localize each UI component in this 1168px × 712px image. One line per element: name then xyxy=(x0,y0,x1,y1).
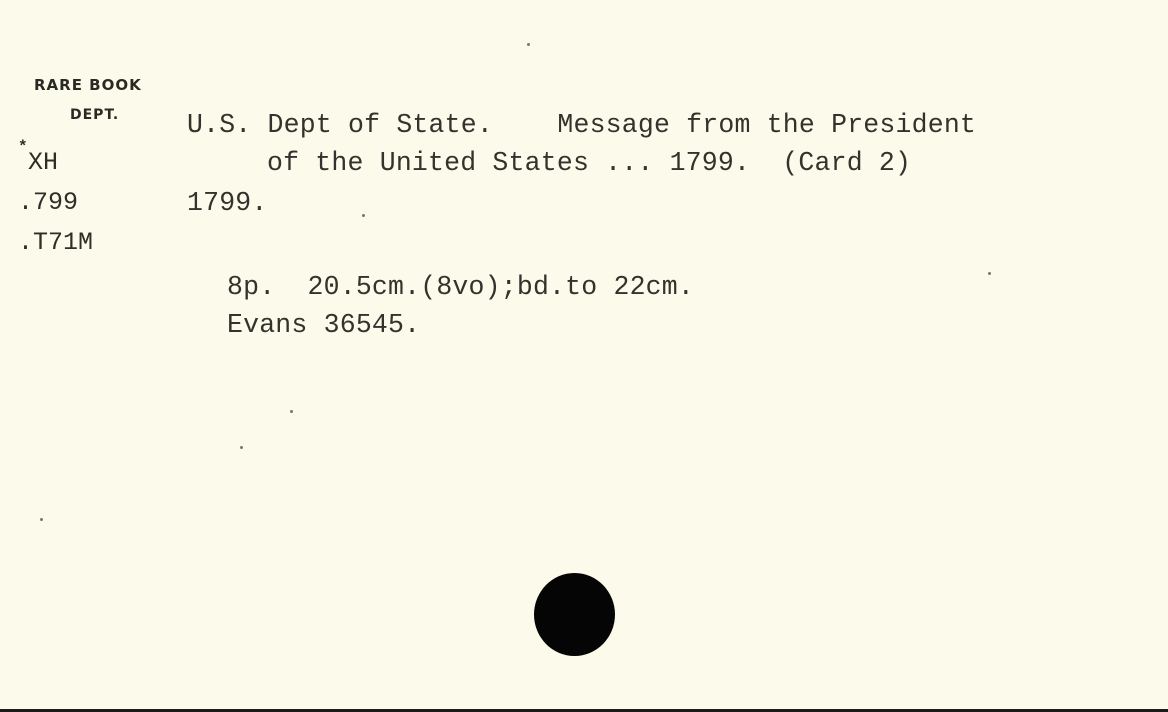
catalog-card: RARE BOOK DEPT. * XH .799 .T71M U.S. Dep… xyxy=(0,0,1168,712)
location-stamp-line1: RARE BOOK xyxy=(34,76,142,94)
call-number-line1: XH xyxy=(28,148,58,177)
entry-heading-line1: U.S. Dept of State. Message from the Pre… xyxy=(187,110,976,140)
speck xyxy=(240,446,243,449)
speck xyxy=(40,518,43,521)
speck xyxy=(362,214,365,217)
call-number-marker: * xyxy=(18,138,28,156)
location-stamp-line2: DEPT. xyxy=(70,107,119,123)
speck xyxy=(988,272,991,275)
speck xyxy=(290,410,293,413)
entry-reference: Evans 36545. xyxy=(227,310,420,340)
speck xyxy=(527,43,530,46)
call-number-line3: .T71M xyxy=(18,228,93,257)
entry-imprint: 1799. xyxy=(187,188,268,218)
card-rod-hole xyxy=(534,573,615,656)
entry-collation: 8p. 20.5cm.(8vo);bd.to 22cm. xyxy=(227,272,694,302)
call-number-line2: .799 xyxy=(18,188,78,217)
entry-heading-line2: of the United States ... 1799. (Card 2) xyxy=(267,148,911,178)
